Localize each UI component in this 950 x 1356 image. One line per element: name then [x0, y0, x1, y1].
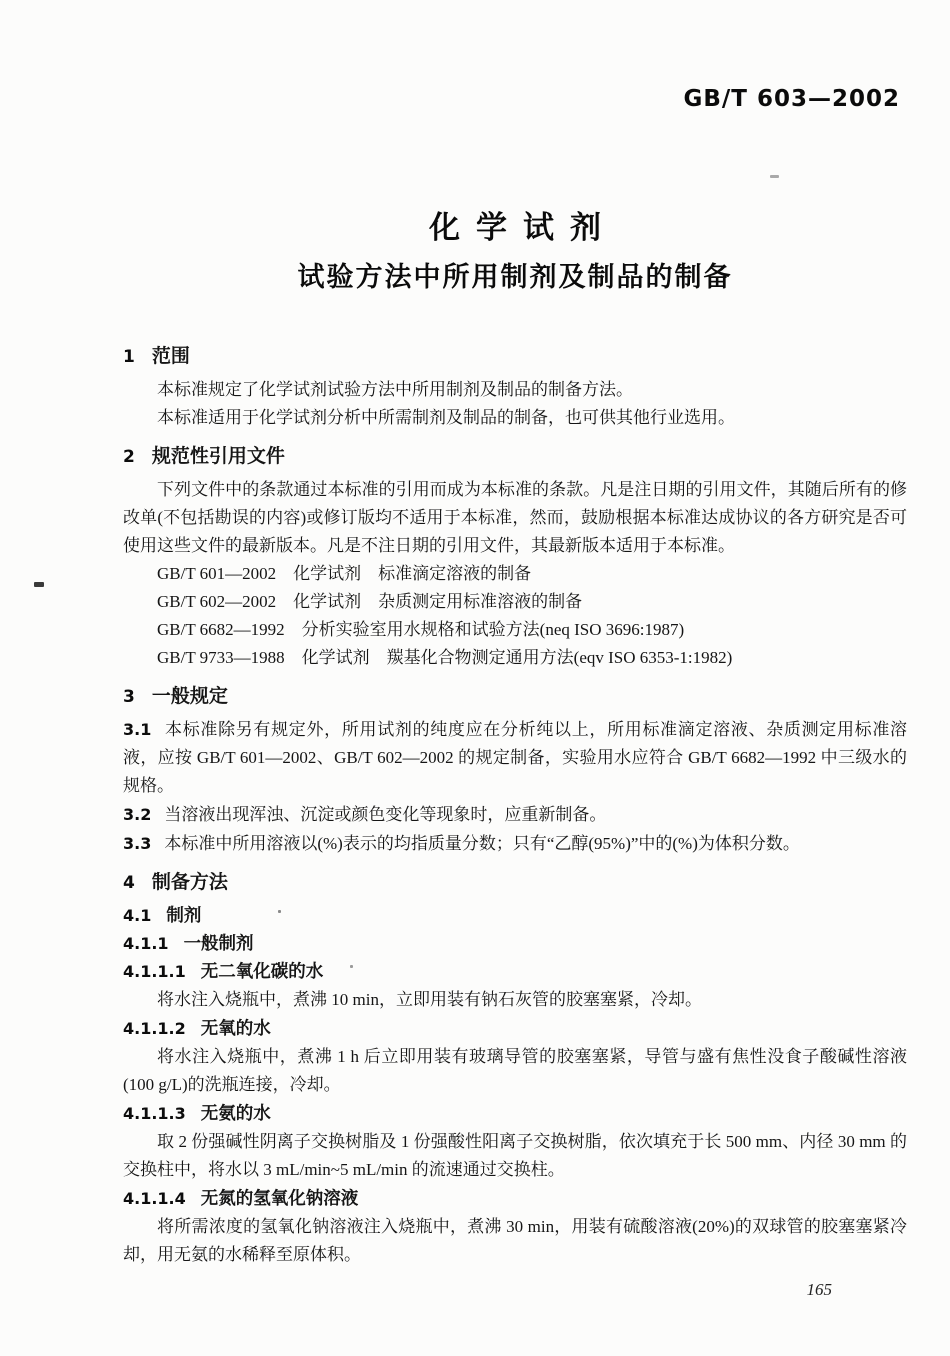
clause-3-1: 3.1本标准除另有规定外，所用试剂的纯度应在分析纯以上，所用标准滴定溶液、杂质测… [123, 716, 907, 800]
clause-4-1-heading: 4.1制剂 [123, 902, 907, 929]
clause-number: 3.2 [123, 805, 151, 824]
section-title: 一般规定 [152, 686, 228, 707]
clause-4-1-1-heading: 4.1.1一般制剂 [123, 930, 907, 957]
reference-gbt-601: GB/T 601—2002 化学试剂 标准滴定溶液的制备 [123, 560, 907, 588]
scan-speck [278, 910, 281, 913]
clause-3-2: 3.2当溶液出现浑浊、沉淀或颜色变化等现象时，应重新制备。 [123, 801, 907, 829]
clause-number: 4.1.1 [123, 934, 169, 953]
section-title: 制备方法 [152, 872, 228, 893]
clause-text: 本标准除另有规定外，所用试剂的纯度应在分析纯以上，所用标准滴定溶液、杂质测定用标… [123, 720, 907, 795]
standard-code: GB/T 603—2002 [683, 86, 900, 112]
clause-text: 当溶液出现浑浊、沉淀或颜色变化等现象时，应重新制备。 [164, 805, 606, 824]
document-title-line1: 化学试剂 [123, 202, 907, 247]
clause-4-1-1-2-paragraph: 将水注入烧瓶中，煮沸 1 h 后立即用装有玻璃导管的胶塞塞紧，导管与盛有焦性没食… [123, 1043, 907, 1099]
reference-gbt-9733: GB/T 9733—1988 化学试剂 羰基化合物测定通用方法(eqv ISO … [123, 644, 907, 672]
document-title: 化学试剂 试验方法中所用制剂及制品的制备 [123, 202, 907, 294]
clause-number: 4.1.1.4 [123, 1189, 186, 1208]
section-title: 范围 [152, 346, 190, 367]
section-2-normative-references-heading: 2规范性引用文件 [123, 444, 907, 470]
clause-title: 无氨的水 [201, 1103, 271, 1123]
clause-4-1-1-3-heading: 4.1.1.3无氨的水 [123, 1100, 907, 1127]
clause-4-1-1-1-heading: 4.1.1.1无二氧化碳的水 [123, 958, 907, 985]
scope-paragraph-2: 本标准适用于化学试剂分析中所需制剂及制品的制备，也可供其他行业选用。 [123, 404, 907, 432]
clause-number: 4.1 [123, 906, 151, 925]
scan-speck [34, 582, 44, 587]
clause-4-1-1-2-heading: 4.1.1.2无氧的水 [123, 1015, 907, 1042]
reference-gbt-6682: GB/T 6682—1992 分析实验室用水规格和试验方法(neq ISO 36… [123, 616, 907, 644]
document-body: 1范围 本标准规定了化学试剂试验方法中所用制剂及制品的制备方法。 本标准适用于化… [123, 332, 907, 1269]
clause-number: 3.3 [123, 834, 151, 853]
page-number: 165 [807, 1280, 833, 1300]
clause-4-1-1-4-heading: 4.1.1.4无氮的氢氧化钠溶液 [123, 1185, 907, 1212]
clause-title: 制剂 [166, 905, 201, 925]
clause-title: 无氧的水 [201, 1018, 271, 1038]
section-number: 3 [123, 687, 135, 707]
section-number: 4 [123, 873, 135, 893]
clause-4-1-1-1-paragraph: 将水注入烧瓶中，煮沸 10 min，立即用装有钠石灰管的胶塞塞紧，冷却。 [123, 986, 907, 1014]
section-title: 规范性引用文件 [152, 446, 285, 467]
section-3-general-rules-heading: 3一般规定 [123, 684, 907, 710]
clause-number: 4.1.1.3 [123, 1104, 186, 1123]
clause-title: 一般制剂 [184, 933, 254, 953]
clause-title: 无氮的氢氧化钠溶液 [201, 1188, 359, 1208]
clause-text: 本标准中所用溶液以(%)表示的均指质量分数；只有“乙醇(95%)”中的(%)为体… [164, 834, 800, 853]
section-1-scope-heading: 1范围 [123, 344, 907, 370]
section-number: 1 [123, 347, 135, 367]
clause-number: 4.1.1.1 [123, 962, 186, 981]
clause-number: 4.1.1.2 [123, 1019, 186, 1038]
section-number: 2 [123, 447, 135, 467]
clause-4-1-1-4-paragraph: 将所需浓度的氢氧化钠溶液注入烧瓶中，煮沸 30 min，用装有硫酸溶液(20%)… [123, 1213, 907, 1269]
section-4-preparation-methods-heading: 4制备方法 [123, 870, 907, 896]
document-title-line2: 试验方法中所用制剂及制品的制备 [123, 255, 907, 294]
scan-speck [770, 175, 779, 178]
clause-number: 3.1 [123, 720, 151, 739]
reference-gbt-602: GB/T 602—2002 化学试剂 杂质测定用标准溶液的制备 [123, 588, 907, 616]
clause-title: 无二氧化碳的水 [201, 961, 324, 981]
normative-references-paragraph: 下列文件中的条款通过本标准的引用而成为本标准的条款。凡是注日期的引用文件，其随后… [123, 476, 907, 560]
document-page: GB/T 603—2002 化学试剂 试验方法中所用制剂及制品的制备 1范围 本… [0, 0, 950, 1356]
clause-4-1-1-3-paragraph: 取 2 份强碱性阴离子交换树脂及 1 份强酸性阳离子交换树脂，依次填充于长 50… [123, 1128, 907, 1184]
clause-3-3: 3.3本标准中所用溶液以(%)表示的均指质量分数；只有“乙醇(95%)”中的(%… [123, 830, 907, 858]
scope-paragraph-1: 本标准规定了化学试剂试验方法中所用制剂及制品的制备方法。 [123, 376, 907, 404]
scan-speck [350, 965, 353, 968]
